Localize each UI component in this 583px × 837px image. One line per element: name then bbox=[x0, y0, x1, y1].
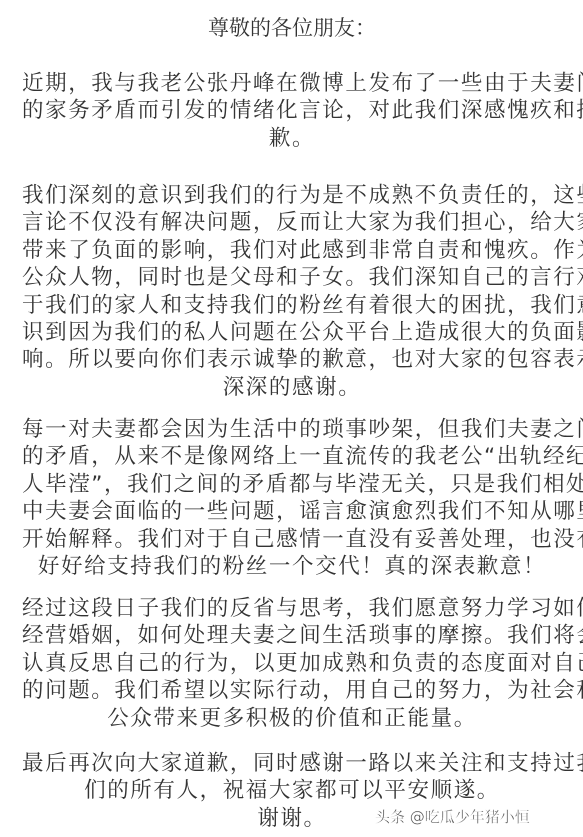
text-line: 们的所有人，祝福大家都可以平安顺遂。 bbox=[22, 777, 562, 804]
text-line: 带来了负面的影响，我们对此感到非常自责和愧疚。作为 bbox=[22, 237, 562, 264]
text-line: 人毕滢”，我们之间的矛盾都与毕滢无关，只是我们相处 bbox=[22, 471, 562, 498]
text-line: 每一对夫妻都会因为生活中的琐事吵架，但我们夫妻之间 bbox=[22, 416, 562, 443]
text-line: 好好给支持我们的粉丝一个交代！真的深表歉意！ bbox=[22, 553, 562, 580]
text-line: 的问题。我们希望以实际行动，用自己的努力，为社会和 bbox=[22, 677, 562, 704]
paragraph-1: 近期，我与我老公张丹峰在微博上发布了一些由于夫妻间 的家务矛盾而引发的情绪化言论… bbox=[22, 70, 562, 152]
text-line: 公众人物，同时也是父母和子女。我们深知自己的言行对 bbox=[22, 264, 562, 291]
text-line: 认真反思自己的行为，以更加成熟和负责的态度面对自己 bbox=[22, 650, 562, 677]
text-line: 响。所以要向你们表示诚挚的歉意，也对大家的包容表示 bbox=[22, 346, 562, 373]
watermark: 头条 @吃瓜少年猪小恒 bbox=[375, 806, 530, 827]
text-line: 中夫妻会面临的一些问题，谣言愈演愈烈我们不知从哪里 bbox=[22, 498, 562, 525]
text-line: 的矛盾，从来不是像网络上一直流传的我老公“出轨经纪 bbox=[22, 443, 562, 470]
text-line: 近期，我与我老公张丹峰在微博上发布了一些由于夫妻间 bbox=[22, 70, 562, 97]
paragraph-2: 我们深刻的意识到我们的行为是不成熟不负责任的，这些 言论不仅没有解决问题，反而让… bbox=[22, 182, 562, 401]
text-line: 最后再次向大家道歉，同时感谢一路以来关注和支持过我 bbox=[22, 750, 562, 777]
paragraph-3: 每一对夫妻都会因为生活中的琐事吵架，但我们夫妻之间 的矛盾，从来不是像网络上一直… bbox=[22, 416, 562, 580]
text-line: 经营婚姻，如何处理夫妻之间生活琐事的摩擦。我们将会 bbox=[22, 622, 562, 649]
text-line: 的家务矛盾而引发的情绪化言论，对此我们深感愧疚和抱 bbox=[22, 97, 562, 124]
text-line: 于我们的家人和支持我们的粉丝有着很大的困扰，我们意 bbox=[22, 292, 562, 319]
text-line: 言论不仅没有解决问题，反而让大家为我们担心，给大家 bbox=[22, 209, 562, 236]
letter-greeting: 尊敬的各位朋友： bbox=[22, 14, 562, 42]
text-line: 开始解释。我们对于自己感情一直没有妥善处理，也没有 bbox=[22, 526, 562, 553]
text-line: 经过这段日子我们的反省与思考，我们愿意努力学习如何 bbox=[22, 595, 562, 622]
text-line: 深深的感谢。 bbox=[22, 374, 562, 401]
text-line: 歉。 bbox=[22, 125, 562, 152]
text-line: 公众带来更多积极的价值和正能量。 bbox=[22, 705, 562, 732]
text-line: 识到因为我们的私人问题在公众平台上造成很大的负面影 bbox=[22, 319, 562, 346]
paragraph-4: 经过这段日子我们的反省与思考，我们愿意努力学习如何 经营婚姻，如何处理夫妻之间生… bbox=[22, 595, 562, 732]
text-line: 我们深刻的意识到我们的行为是不成熟不负责任的，这些 bbox=[22, 182, 562, 209]
